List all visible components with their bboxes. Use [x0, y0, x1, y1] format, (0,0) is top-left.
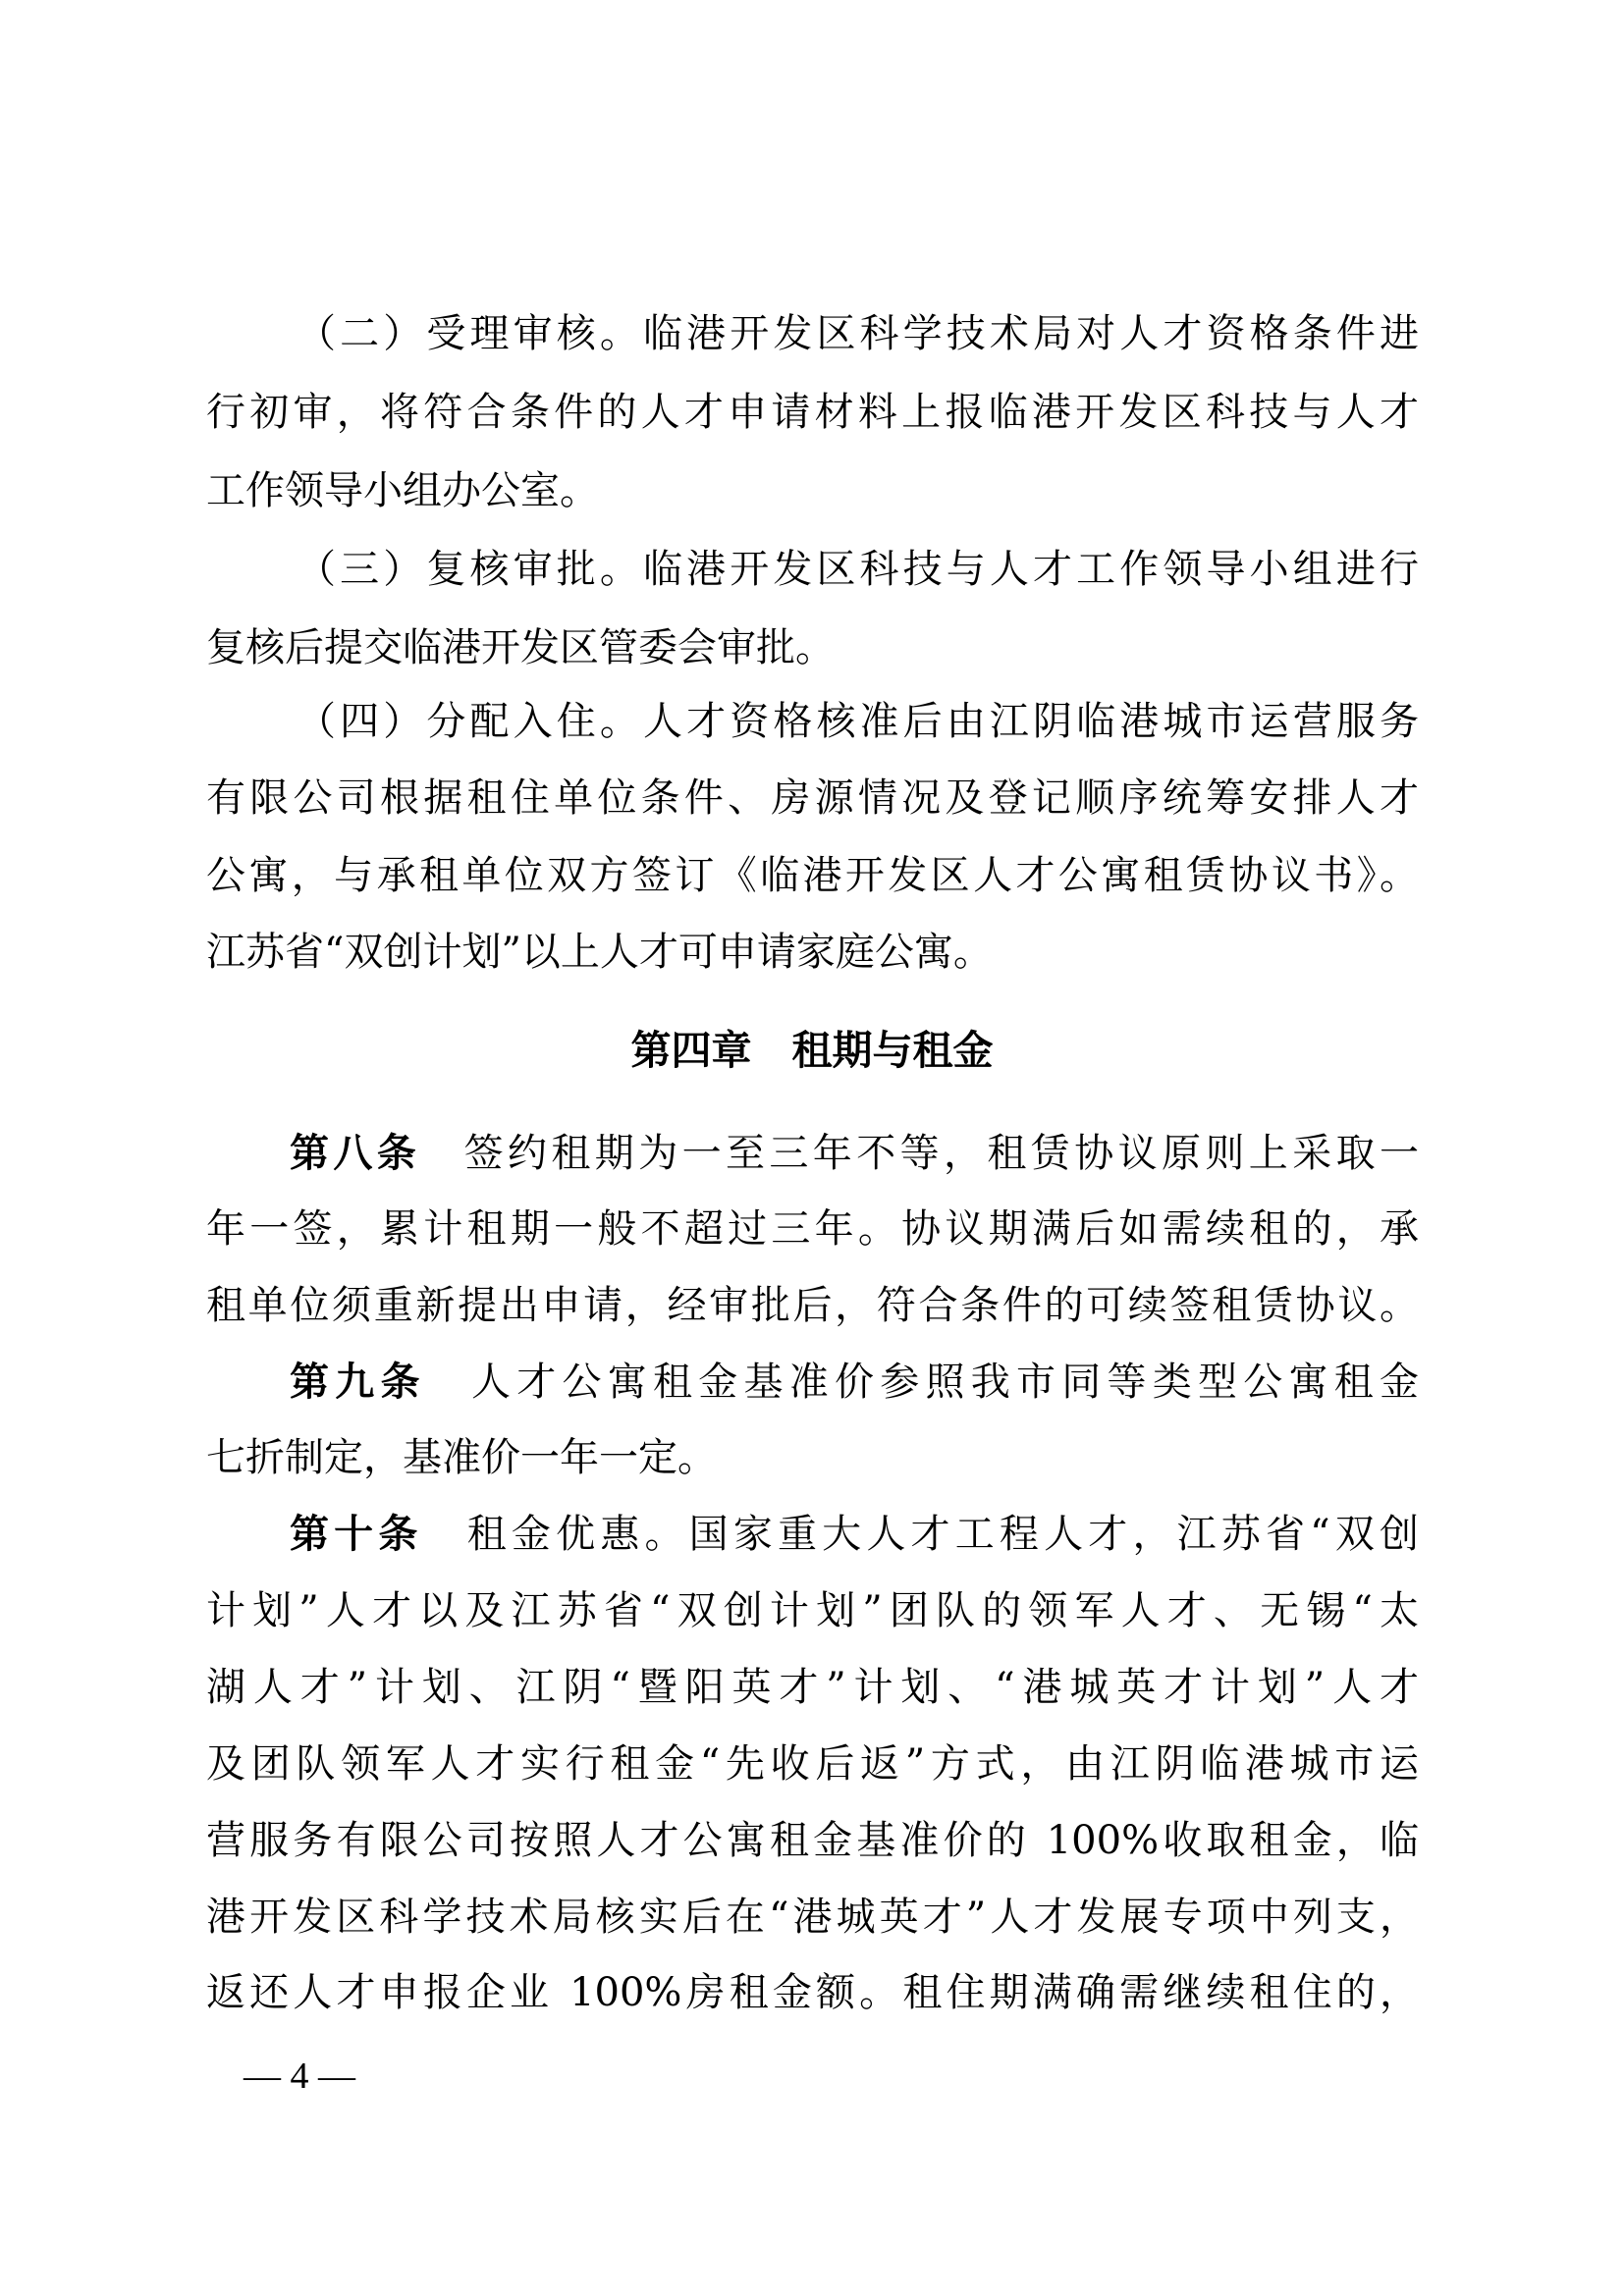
article-9-first-line: 第九条人才公寓租金基准价参照我市同等类型公寓租金 [290, 1353, 1419, 1412]
chapter-heading: 第四章 租期与租金 [0, 1021, 1624, 1080]
article-text: 租金优惠。国家重大人才工程人才，江苏省“双创 [462, 1512, 1419, 1557]
paragraph-line: （三）复核审批。临港开发区科技与人才工作领导小组进行 [297, 540, 1419, 599]
article-10-first-line: 第十条租金优惠。国家重大人才工程人才，江苏省“双创 [290, 1505, 1419, 1564]
article-text: 签约租期为一至三年不等，租赁协议原则上采取一 [460, 1131, 1419, 1176]
paragraph-line: （四）分配入住。人才资格核准后由江阴临港城市运营服务 [297, 692, 1419, 751]
document-page: （二）受理审核。临港开发区科学技术局对人才资格条件进 行初审，将符合条件的人才申… [0, 0, 1624, 2296]
page-number: — 4 — [244, 2052, 355, 2101]
paragraph-line: 七折制定，基准价一年一定。 [206, 1428, 1419, 1487]
paragraph-line: 港开发区科学技术局核实后在“港城英才”人才发展专项中列支， [206, 1888, 1419, 1947]
paragraph-line: 计划”人才以及江苏省“双创计划”团队的领军人才、无锡“太 [206, 1581, 1419, 1640]
article-label: 第八条 [290, 1131, 420, 1176]
paragraph-line: （二）受理审核。临港开发区科学技术局对人才资格条件进 [297, 304, 1419, 363]
paragraph-line: 营服务有限公司按照人才公寓租金基准价的 100%收取租金，临 [206, 1811, 1419, 1870]
paragraph-line: 及团队领军人才实行租金“先收后返”方式，由江阴临港城市运 [206, 1735, 1419, 1793]
article-label: 第十条 [290, 1512, 423, 1557]
paragraph-line: 江苏省“双创计划”以上人才可申请家庭公寓。 [206, 923, 1419, 982]
paragraph-line: 有限公司根据租住单位条件、房源情况及登记顺序统筹安排人才 [206, 769, 1419, 828]
paragraph-line: 年一签，累计租期一般不超过三年。协议期满后如需续租的，承 [206, 1200, 1419, 1258]
paragraph-line: 湖人才”计划、江阴“暨阳英才”计划、“港城英才计划”人才 [206, 1658, 1419, 1717]
paragraph-line: 返还人才申报企业 100%房租金额。租住期满确需继续租住的， [206, 1963, 1419, 2022]
paragraph-line: 工作领导小组办公室。 [206, 461, 1419, 520]
paragraph-line: 行初审，将符合条件的人才申请材料上报临港开发区科技与人才 [206, 383, 1419, 442]
article-text: 人才公寓租金基准价参照我市同等类型公寓租金 [465, 1360, 1419, 1405]
article-label: 第九条 [290, 1360, 426, 1405]
paragraph-line: 复核后提交临港开发区管委会审批。 [206, 618, 1419, 677]
paragraph-line: 租单位须重新提出申请，经审批后，符合条件的可续签租赁协议。 [206, 1276, 1419, 1335]
article-8-first-line: 第八条签约租期为一至三年不等，租赁协议原则上采取一 [290, 1124, 1419, 1183]
paragraph-line: 公寓，与承租单位双方签订《临港开发区人才公寓租赁协议书》。 [206, 846, 1419, 905]
